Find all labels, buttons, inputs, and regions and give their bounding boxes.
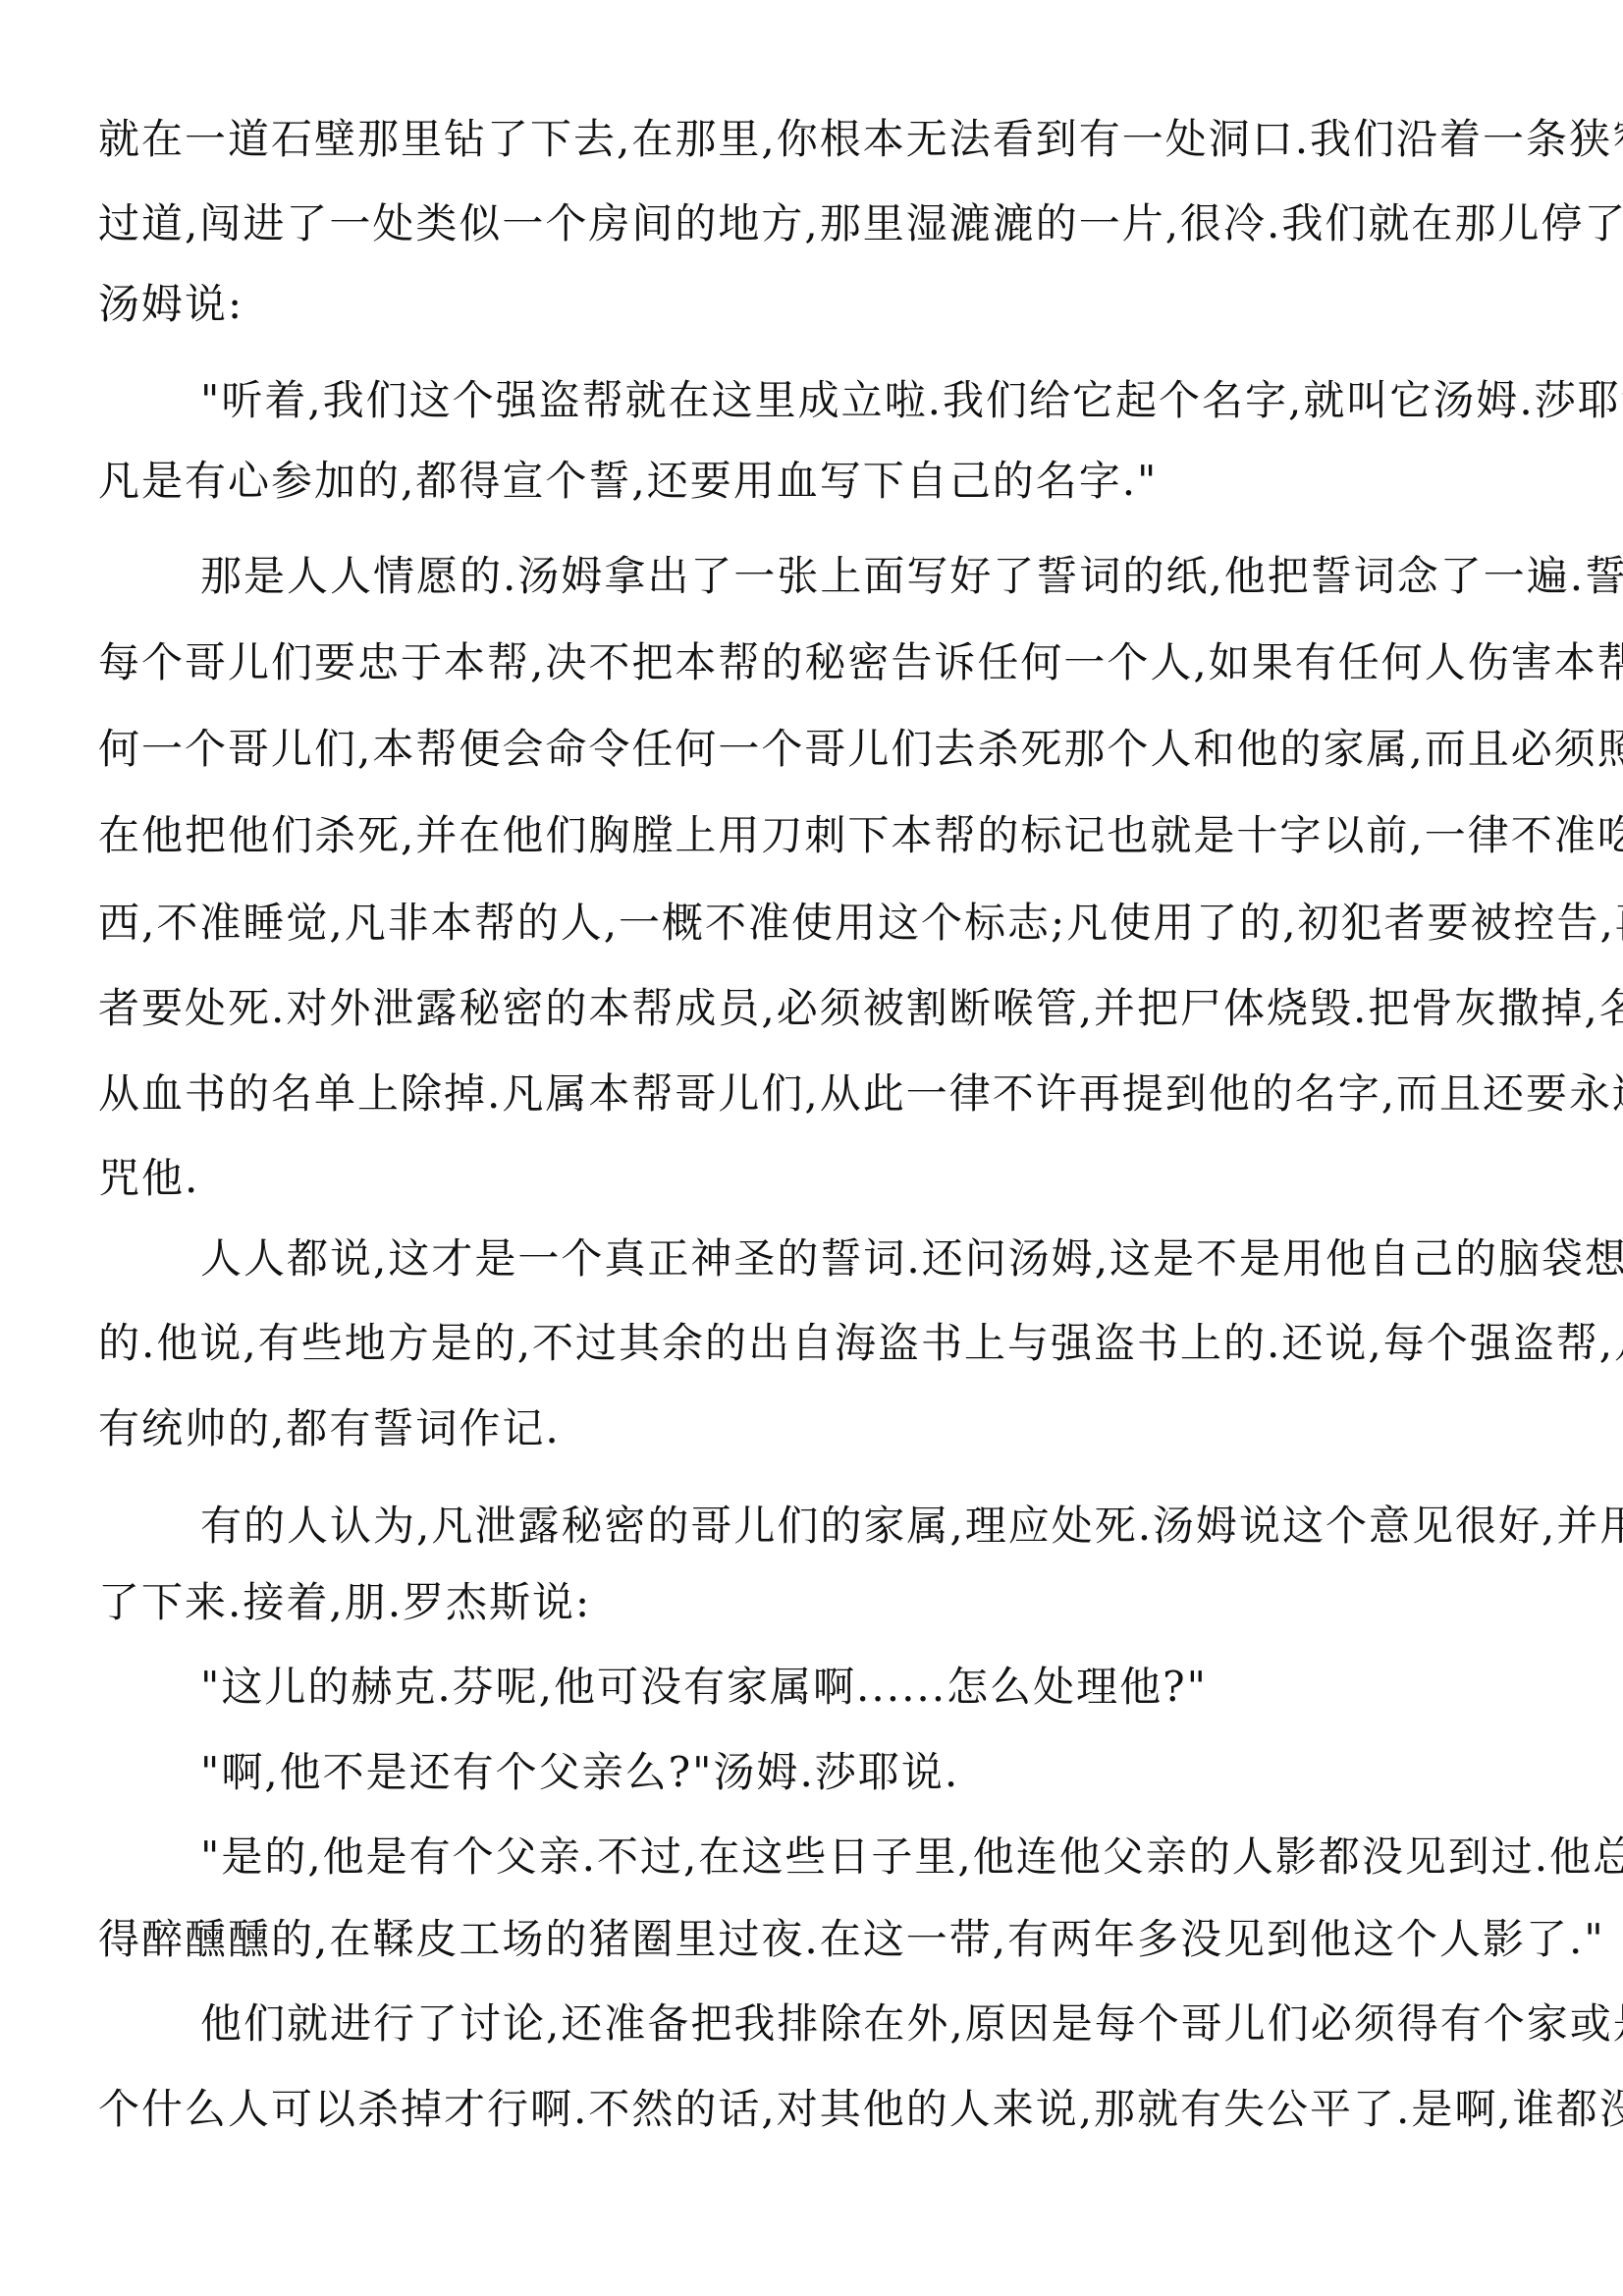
text-line: 在他把他们杀死,并在他们胸膛上用刀刺下本帮的标记也就是十字以前,一律不准吃东	[98, 806, 1532, 865]
text-line: 他们就进行了讨论,还准备把我排除在外,原因是每个哥儿们必须得有个家或是有	[200, 1995, 1532, 2053]
text-line: "啊,他不是还有个父亲么?"汤姆.莎耶说.	[200, 1743, 959, 1802]
text-line: "这儿的赫克.芬呢,他可没有家属啊......怎么处理他?"	[200, 1658, 1208, 1717]
text-line: 汤姆说:	[98, 275, 243, 334]
text-line: 者要处死.对外泄露秘密的本帮成员,必须被割断喉管,并把尸体烧毁.把骨灰撒掉,名字	[98, 979, 1532, 1038]
text-line: 人人都说,这才是一个真正神圣的誓词.还问汤姆,这是不是用他自己的脑袋想出来	[200, 1230, 1532, 1288]
text-line: 西,不准睡觉,凡非本帮的人,一概不准使用这个标志;凡使用了的,初犯者要被控告,再…	[98, 894, 1532, 953]
text-line: 个什么人可以杀掉才行啊.不然的话,对其他的人来说,那就有失公平了.是啊,谁都没有	[98, 2080, 1532, 2139]
text-line: 从血书的名单上除掉.凡属本帮哥儿们,从此一律不许再提到他的名字,而且还要永远诅	[98, 1065, 1532, 1123]
text-line: "是的,他是有个父亲.不过,在这些日子里,他连他父亲的人影都没见到过.他总是喝	[200, 1828, 1532, 1886]
text-line: 就在一道石壁那里钻了下去,在那里,你根本无法看到有一处洞口.我们沿着一条狭窄的	[98, 110, 1532, 169]
text-line: 了下来.接着,朋.罗杰斯说:	[98, 1573, 591, 1632]
text-line: 得醉醺醺的,在鞣皮工场的猪圈里过夜.在这一带,有两年多没见到他这个人影了."	[98, 1910, 1605, 1969]
text-line: 的.他说,有些地方是的,不过其余的出自海盗书上与强盗书上的.还说,每个强盗帮,凡…	[98, 1314, 1532, 1373]
text-line: 过道,闯进了一处类似一个房间的地方,那里湿漉漉的一片,很冷.我们就在那儿停了下来…	[98, 194, 1532, 253]
text-line: "听着,我们这个强盗帮就在这里成立啦.我们给它起个名字,就叫它汤姆.莎耶帮吧.	[200, 371, 1532, 430]
text-line: 那是人人情愿的.汤姆拿出了一张上面写好了誓词的纸,他把誓词念了一遍.誓词说,	[200, 547, 1532, 606]
text-line: 何一个哥儿们,本帮便会命令任何一个哥儿们去杀死那个人和他的家属,而且必须照办.	[98, 720, 1532, 779]
text-line: 每个哥儿们要忠于本帮,决不把本帮的秘密告诉任何一个人,如果有任何人伤害本帮任	[98, 633, 1532, 692]
text-line: 咒他.	[98, 1149, 199, 1208]
text-line: 有的人认为,凡泄露秘密的哥儿们的家属,理应处死.汤姆说这个意见很好,并用笔记	[200, 1497, 1532, 1556]
text-line: 凡是有心参加的,都得宣个誓,还要用血写下自己的名字."	[98, 452, 1158, 511]
text-line: 有统帅的,都有誓词作记.	[98, 1399, 561, 1458]
